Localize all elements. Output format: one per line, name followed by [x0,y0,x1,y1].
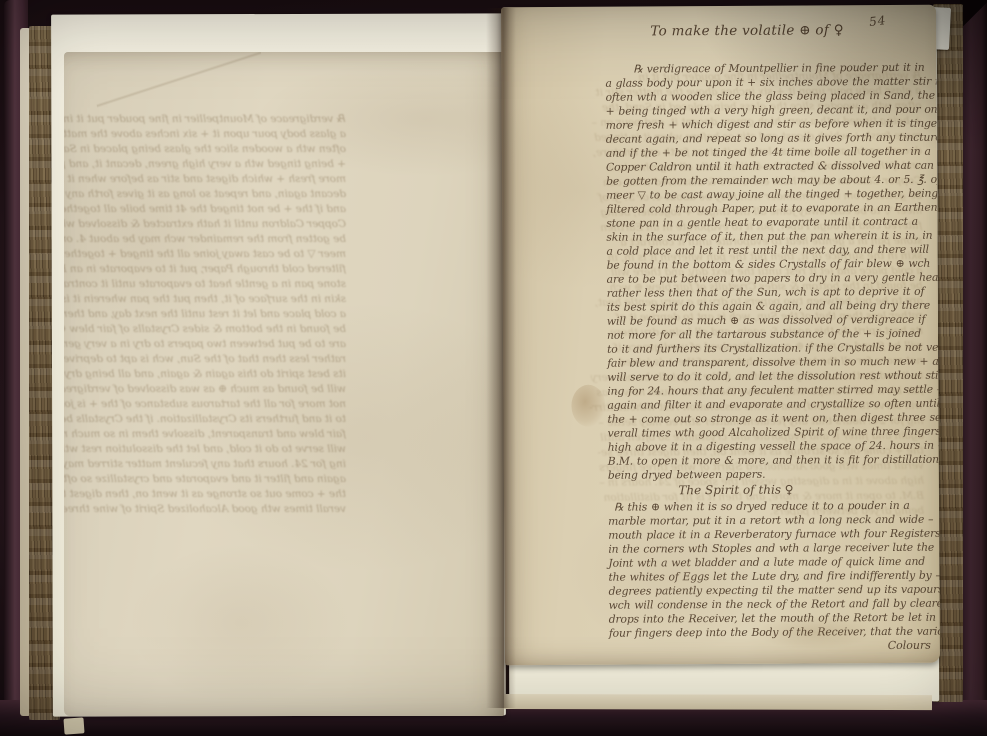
manuscript-paragraph-2: ℞ this ⊕ when it is so dryed reduce it t… [608,499,940,641]
page-crease [92,52,266,112]
bleedthrough-line: Copper Caldron until it hath extracted &… [64,217,346,232]
book-cover-right [960,0,987,736]
page-tab-bottom-left [63,717,84,734]
bleedthrough-line: not more for all the tartarous substance… [64,397,346,412]
bleedthrough-line: fair blew and transparent, dissolve them… [64,427,346,442]
bleedthrough-line: meer ▽ to be cast away joine all the tin… [64,247,346,262]
bleedthrough-line: stone pan in a gentle heat to evaporate … [64,277,346,292]
bleedthrough-line: its best spirit do this again & again, a… [64,367,346,382]
bleedthrough-line: will serve to do it cold, and let the di… [64,442,346,457]
bleedthrough-line: skin in the surface of it, then put the … [64,292,346,307]
bleedthrough-line: again and filter it and evaporate and cr… [64,472,346,487]
stain [571,385,605,427]
bleedthrough-line: a cold place and let it rest until the n… [64,307,346,322]
bleedthrough-line: the + come out so stronge as it went on,… [64,487,346,502]
bleedthrough-line: ing for 24. hours that any feculent matt… [64,457,346,472]
bleedthrough-line: verall times wth good Alcaholized Spirit… [64,502,346,514]
left-page: ℞ verdigreace of Mountpellier in fine po… [64,52,504,716]
manuscript-paragraph-1: ℞ verdigreace of Mountpellier in fine po… [605,61,940,483]
bleedthrough-line: often wth a wooden slice the glass being… [64,142,346,157]
bleedthrough-line: be gotten from the remainder wch may be … [64,232,346,247]
bleedthrough-line: to it and furthers its Crystallization. … [64,412,346,427]
bleedthrough-line: ℞ verdigreace of Mountpellier in fine po… [64,112,346,127]
bleedthrough-line: rather less then that of the Sun, wch is… [64,352,346,367]
bleedthrough-line: and if the + be not tinged the 4t time b… [64,202,346,217]
bleedthrough-line: filtered cold through Paper, put it to e… [64,262,346,277]
bleedthrough-line: a glass body pour upon it + six inches a… [64,127,346,142]
right-page: ℞ verdigreace of Mountpellier in fine po… [501,5,940,666]
manuscript-line: being dryed between papers. [608,467,940,483]
catchword: Colours [605,639,931,654]
section-heading: The Spirit of this ♀ [608,482,864,498]
left-page-bleedthrough: ℞ verdigreace of Mountpellier in fine po… [64,112,346,514]
bleedthrough-line: will be found as much ⊕ as was dissolved… [64,382,346,397]
bleedthrough-line: are to be put between two papers to dry … [64,337,346,352]
bleedthrough-line: more fresh + which digest and stir as be… [64,172,346,187]
bleedthrough-line: decant again, and repeat so long as it g… [64,187,346,202]
bleedthrough-line: + being tinged wth a very high green, de… [64,157,346,172]
manuscript-photo: ℞ verdigreace of Mountpellier in fine po… [0,0,987,736]
bleedthrough-line: be found in the bottom & sides Crystalls… [64,322,346,337]
page-title: To make the volatile ⊕ of ♀ [571,22,923,40]
